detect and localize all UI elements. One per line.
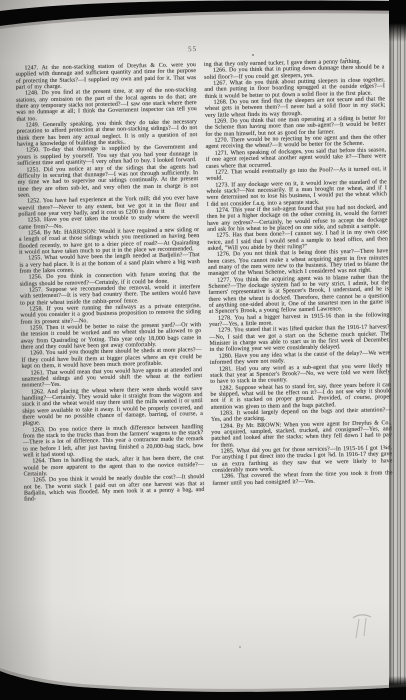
paragraph: 1277. You think the acquiring agent was …	[208, 274, 389, 316]
paragraph: 1282. Suppose wheat has to stand for, sa…	[210, 382, 391, 411]
paragraph: 1273. If any dockage were on it, it woul…	[206, 179, 387, 208]
book-page-edges	[389, 0, 406, 700]
page-content: 55 1247. At the non-stacking station of …	[15, 41, 393, 503]
column-right: ing that they only earned tucker, I gave…	[204, 58, 393, 499]
ink-speck	[345, 58, 347, 59]
text-columns: 1247. At the non-stacking station of Dre…	[15, 58, 393, 503]
paragraph: 1276. Do you not think that is being don…	[208, 249, 389, 278]
scanned-page: 55 1247. At the non-stacking station of …	[0, 0, 406, 700]
paragraph: 1265. Do you think it would be nearly do…	[24, 474, 205, 503]
paragraph: 1248. Do you find at the present time, a…	[16, 87, 197, 122]
column-left: 1247. At the non-stacking station of Dre…	[15, 62, 204, 503]
book-bottom-edge-shadow	[0, 668, 406, 700]
paragraph: 1286. That covered the wheat from the ti…	[212, 471, 393, 487]
paragraph: 1284. By Mr. BROWN: When you were agent …	[211, 420, 392, 449]
paragraph: 1263. Do you notice there is much differ…	[23, 424, 204, 459]
paragraph: 1251. Did you notice at any of the sidin…	[17, 164, 198, 199]
ink-speck	[252, 54, 254, 56]
paragraph: 1262. And placing the wheat where there …	[22, 386, 203, 428]
paragraph: 1279. You stated that it was lifted quic…	[209, 325, 390, 354]
ink-speck	[239, 646, 241, 648]
book-top-edge-shadow	[0, 0, 406, 36]
pencil-mark	[348, 611, 376, 643]
